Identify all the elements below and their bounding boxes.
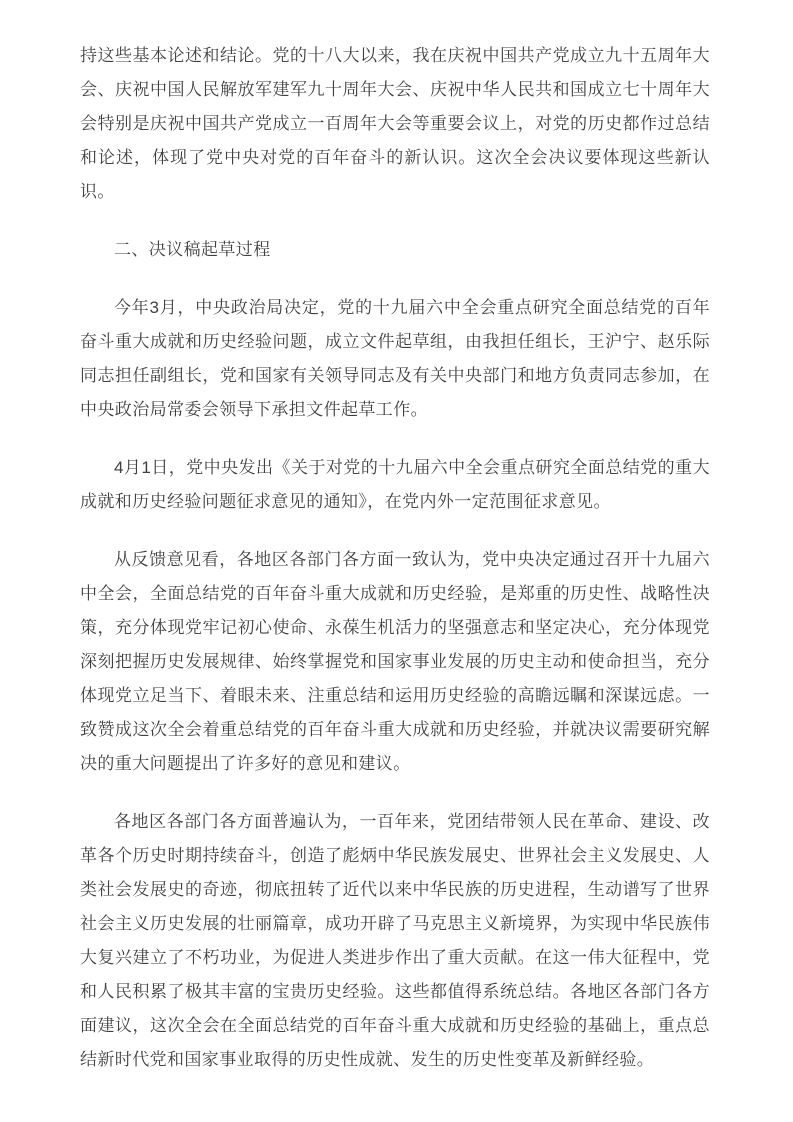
paragraph-notice-issued: 4月1日，党中央发出《关于对党的十九届六中全会重点研究全面总结党的重大成就和历史… [80, 451, 710, 519]
paragraph-feedback-opinions: 从反馈意见看，各地区各部门各方面一致认为，党中央决定通过召开十九届六中全会，全面… [80, 543, 710, 781]
paragraph-continued-from-previous-page: 持这些基本论述和结论。党的十八大以来，我在庆祝中国共产党成立九十五周年大会、庆祝… [80, 39, 710, 209]
section-heading: 二、决议稿起草过程 [80, 233, 710, 267]
paragraph-general-consensus: 各地区各部门各方面普遍认为，一百年来，党团结带领人民在革命、建设、改革各个历史时… [80, 805, 710, 1077]
paragraph-drafting-group: 今年3月，中央政治局决定，党的十九届六中全会重点研究全面总结党的百年奋斗重大成就… [80, 291, 710, 427]
document-page: 持这些基本论述和结论。党的十八大以来，我在庆祝中国共产党成立九十五周年大会、庆祝… [0, 0, 793, 1122]
article-body: 持这些基本论述和结论。党的十八大以来，我在庆祝中国共产党成立九十五周年大会、庆祝… [80, 39, 710, 1077]
